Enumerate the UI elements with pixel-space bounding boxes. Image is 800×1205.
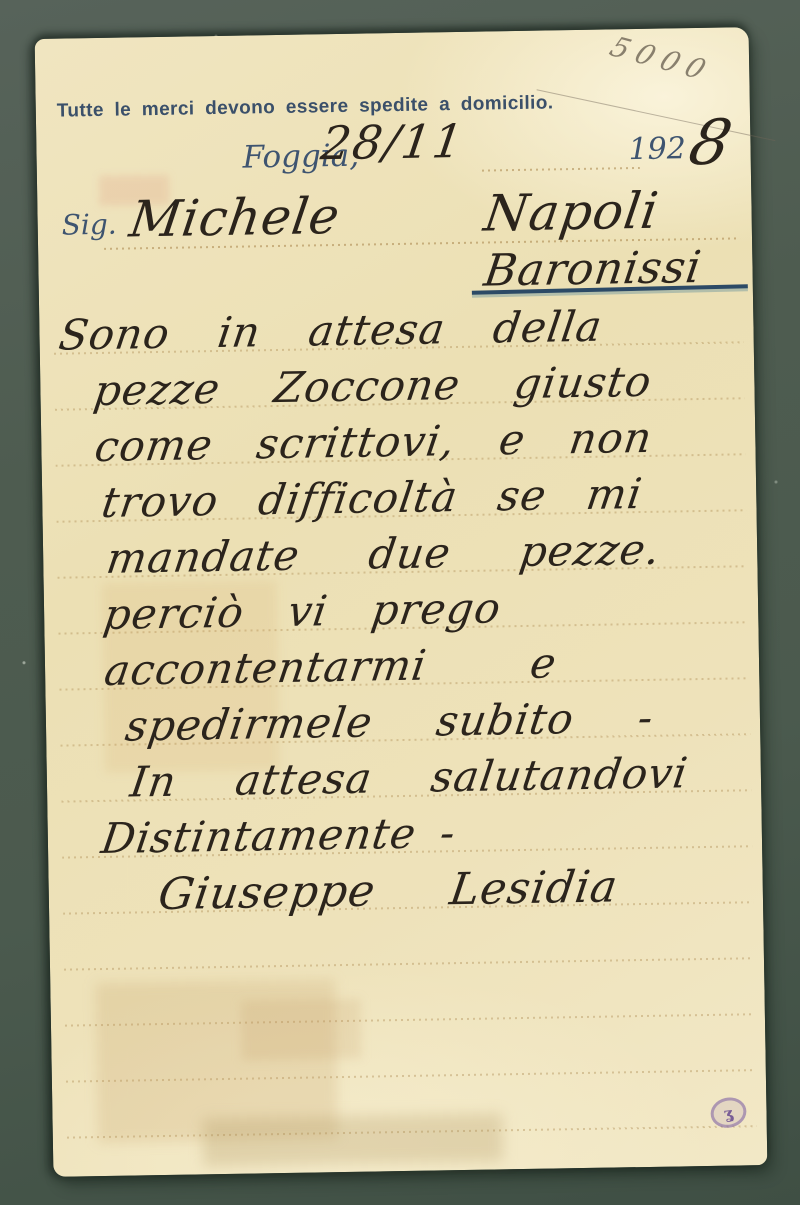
body-line: mandate due pezze. [104, 525, 664, 583]
printed-notice: Tutte le merci devono essere spedite a d… [57, 92, 554, 122]
postcard: Tutte le merci devono essere spedite a d… [35, 27, 768, 1177]
body-line: perciò vi prego [101, 583, 505, 639]
ghost-stain [203, 1113, 504, 1166]
ruled-line [65, 1013, 755, 1026]
year-printed: 192 [628, 131, 686, 167]
date-handwritten: 28/11 [318, 114, 468, 170]
addressee-name: Michele Napoli [126, 182, 662, 249]
ruled-line [66, 1069, 756, 1082]
year-digit-handwritten: 8 [683, 105, 738, 179]
body-line: accontentarmi e [102, 638, 561, 695]
ruled-line [64, 957, 754, 970]
body-line: pezze Zoccone giusto [91, 357, 655, 415]
signature-line: Giuseppe Lesidia [155, 861, 621, 920]
body-line: trovo difficoltà se mi [99, 469, 646, 527]
stamp-glyph: ʓ [723, 1103, 734, 1123]
ghost-stain [95, 979, 338, 1143]
body-line: Distintamente - [98, 808, 459, 863]
ghost-stain [241, 999, 362, 1061]
addressee-label: Sig. [61, 208, 117, 242]
date-dotted-line [482, 167, 640, 172]
body-line: Sono in attesa della [56, 302, 606, 360]
body-line: In attesa salutandovi [127, 748, 691, 806]
ruled-line [67, 1125, 757, 1138]
body-line: spedirmele subito - [122, 693, 657, 751]
body-line: come scrittovi, e non [92, 413, 656, 471]
scan-background: Tutte le merci devono essere spedite a d… [0, 0, 800, 1205]
pencil-annotation: 5000 [605, 31, 719, 88]
